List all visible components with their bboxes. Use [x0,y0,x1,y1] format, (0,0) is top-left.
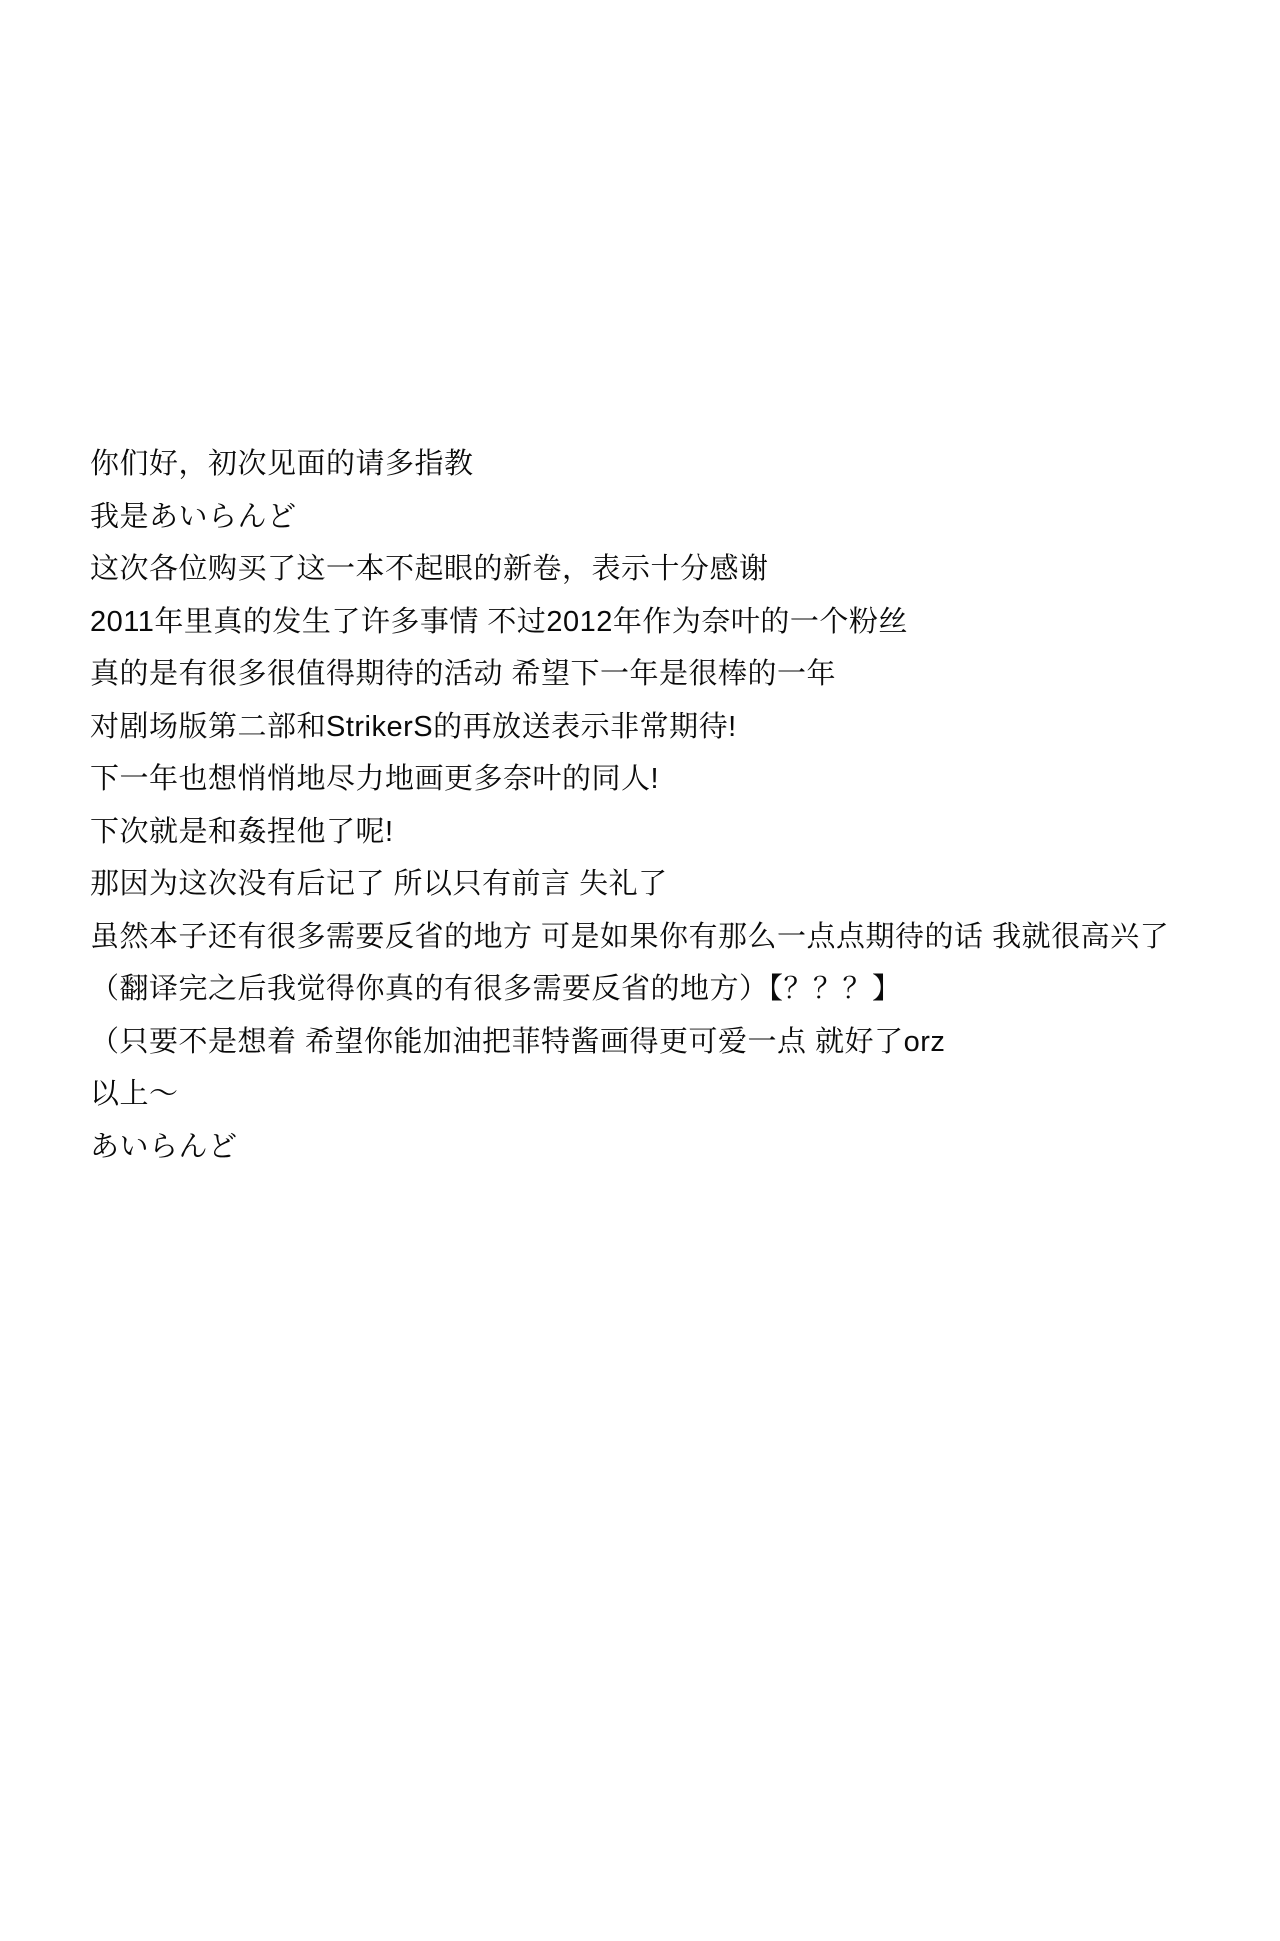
text-line: 真的是有很多很值得期待的活动 希望下一年是很棒的一年 [90,648,1190,701]
text-line-signature: あいらんど [90,1121,1190,1174]
text-line-closing: 以上～ [90,1068,1190,1121]
text-line: 2011年里真的发生了许多事情 不过2012年作为奈叶的一个粉丝 [90,596,1190,649]
text-line: 这次各位购买了这一本不起眼的新卷，表示十分感谢 [90,543,1190,596]
text-line-greeting: 你们好，初次见面的请多指教 [90,438,1190,491]
text-line: 下一年也想悄悄地尽力地画更多奈叶的同人! [90,753,1190,806]
afterword-page: 你们好，初次见面的请多指教 我是あいらんど 这次各位购买了这一本不起眼的新卷，表… [0,0,1280,1941]
text-line: 虽然本子还有很多需要反省的地方 可是如果你有那么一点点期待的话 我就很高兴了 [90,911,1190,964]
text-line: 那因为这次没有后记了 所以只有前言 失礼了 [90,858,1190,911]
text-line: 下次就是和姦捏他了呢! [90,806,1190,859]
afterword-text-block: 你们好，初次见面的请多指教 我是あいらんど 这次各位购买了这一本不起眼的新卷，表… [90,438,1190,1173]
text-line-translator-note: （翻译完之后我觉得你真的有很多需要反省的地方）【？？？】 [90,963,1190,1016]
text-line-translator-note: （只要不是想着 希望你能加油把菲特酱画得更可爱一点 就好了orz [90,1016,1190,1069]
text-line: 对剧场版第二部和StrikerS的再放送表示非常期待! [90,701,1190,754]
text-line-author-intro: 我是あいらんど [90,491,1190,544]
